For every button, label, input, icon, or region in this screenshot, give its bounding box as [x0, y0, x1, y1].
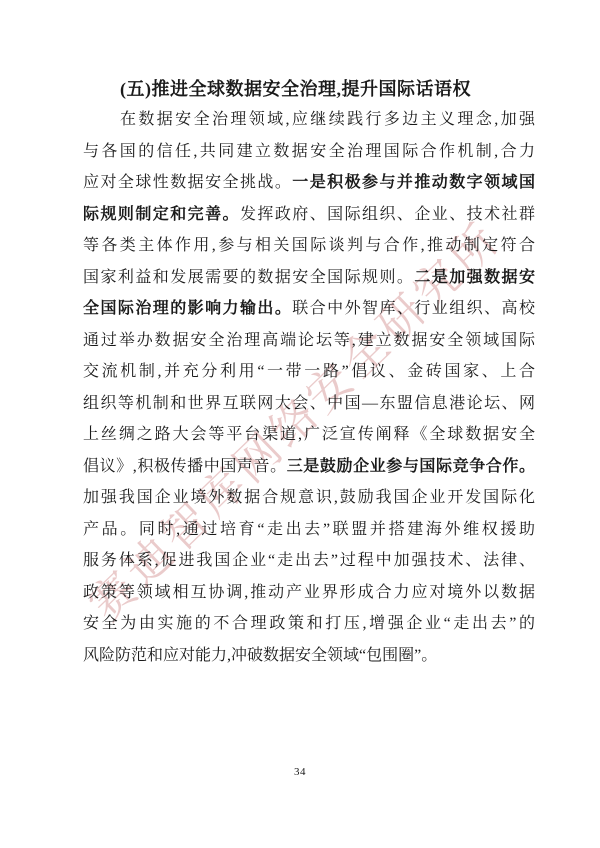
line-text: 安全为由实施的不合理政策和打压,增强企业“走出去”的 — [83, 615, 535, 632]
paragraph-line: 倡议》,积极传播中国声音。三是鼓励企业参与国际竞争合作。 — [83, 451, 535, 483]
page-number: 34 — [0, 766, 600, 778]
paragraph: 在数据安全治理领域,应继续践行多边主义理念,加强 与各国的信任,共同建立数据安全… — [83, 104, 535, 671]
line-text: 应对全球性数据安全挑战。 — [83, 174, 292, 191]
paragraph-line: 产品。同时,通过培育“走出去”联盟并搭建海外维权援助 — [83, 514, 535, 546]
paragraph-line: 风险防范和应对能力,冲破数据安全领域“包围圈”。 — [83, 640, 535, 672]
paragraph-line: 安全为由实施的不合理政策和打压,增强企业“走出去”的 — [83, 608, 535, 640]
line-text-bold: 际规则制定和完善。 — [83, 206, 240, 223]
paragraph-line: 际规则制定和完善。发挥政府、国际组织、企业、技术社群 — [83, 199, 535, 231]
paragraph-line: 组织等机制和世界互联网大会、中国—东盟信息港论坛、网 — [83, 388, 535, 420]
line-text: 产品。同时,通过培育“走出去”联盟并搭建海外维权援助 — [83, 521, 535, 538]
line-text: 与各国的信任,共同建立数据安全治理国际合作机制,合力 — [83, 143, 535, 160]
paragraph-line: 国家利益和发展需要的数据安全国际规则。二是加强数据安 — [83, 262, 535, 294]
line-text: 上丝绸之路大会等平台渠道,广泛宣传阐释《全球数据安全 — [83, 426, 535, 443]
line-text: 通过举办数据安全治理高端论坛等,建立数据安全领域国际 — [83, 332, 535, 349]
line-text: 联合中外智库、行业组织、高校 — [292, 300, 535, 317]
line-text: 等各类主体作用,参与相关国际谈判与合作,推动制定符合 — [83, 237, 535, 254]
paragraph-line: 政策等领域相互协调,推动产业界形成合力应对境外以数据 — [83, 577, 535, 609]
section-heading: (五)推进全球数据安全治理,提升国际话语权 — [120, 75, 471, 101]
paragraph-line: 与各国的信任,共同建立数据安全治理国际合作机制,合力 — [83, 136, 535, 168]
paragraph-line: 加强我国企业境外数据合规意识,鼓励我国企业开发国际化 — [83, 482, 535, 514]
paragraph-line: 服务体系,促进我国企业“走出去”过程中加强技术、法律、 — [83, 545, 535, 577]
paragraph-line: 等各类主体作用,参与相关国际谈判与合作,推动制定符合 — [83, 230, 535, 262]
line-text: 倡议》,积极传播中国声音。 — [83, 458, 287, 475]
line-text: 发挥政府、国际组织、企业、技术社群 — [240, 206, 535, 223]
paragraph-line: 在数据安全治理领域,应继续践行多边主义理念,加强 — [83, 104, 535, 136]
paragraph-line: 交流机制,并充分利用“一带一路”倡议、金砖国家、上合 — [83, 356, 535, 388]
document-page: 赛迪智库网络安全研究所 (五)推进全球数据安全治理,提升国际话语权 在数据安全治… — [0, 0, 600, 848]
line-text-bold: 全国际治理的影响力输出。 — [83, 300, 292, 317]
line-text: 交流机制,并充分利用“一带一路”倡议、金砖国家、上合 — [83, 363, 535, 380]
line-text: 政策等领域相互协调,推动产业界形成合力应对境外以数据 — [83, 584, 535, 601]
line-text: 组织等机制和世界互联网大会、中国—东盟信息港论坛、网 — [83, 395, 535, 412]
line-text: 在数据安全治理领域,应继续践行多边主义理念,加强 — [120, 111, 535, 128]
line-text: 加强我国企业境外数据合规意识,鼓励我国企业开发国际化 — [83, 489, 535, 506]
paragraph-line: 通过举办数据安全治理高端论坛等,建立数据安全领域国际 — [83, 325, 535, 357]
line-text: 风险防范和应对能力,冲破数据安全领域“包围圈”。 — [83, 647, 437, 664]
paragraph-line: 上丝绸之路大会等平台渠道,广泛宣传阐释《全球数据安全 — [83, 419, 535, 451]
paragraph-line: 全国际治理的影响力输出。联合中外智库、行业组织、高校 — [83, 293, 535, 325]
paragraph-line: 应对全球性数据安全挑战。一是积极参与并推动数字领域国 — [83, 167, 535, 199]
line-text: 国家利益和发展需要的数据安全国际规则。 — [83, 269, 414, 286]
line-text-bold: 一是积极参与并推动数字领域国 — [292, 174, 535, 191]
line-text: 服务体系,促进我国企业“走出去”过程中加强技术、法律、 — [83, 552, 535, 569]
line-text-bold: 三是鼓励企业参与国际竞争合作。 — [287, 458, 535, 475]
line-text-bold: 二是加强数据安 — [414, 269, 535, 286]
